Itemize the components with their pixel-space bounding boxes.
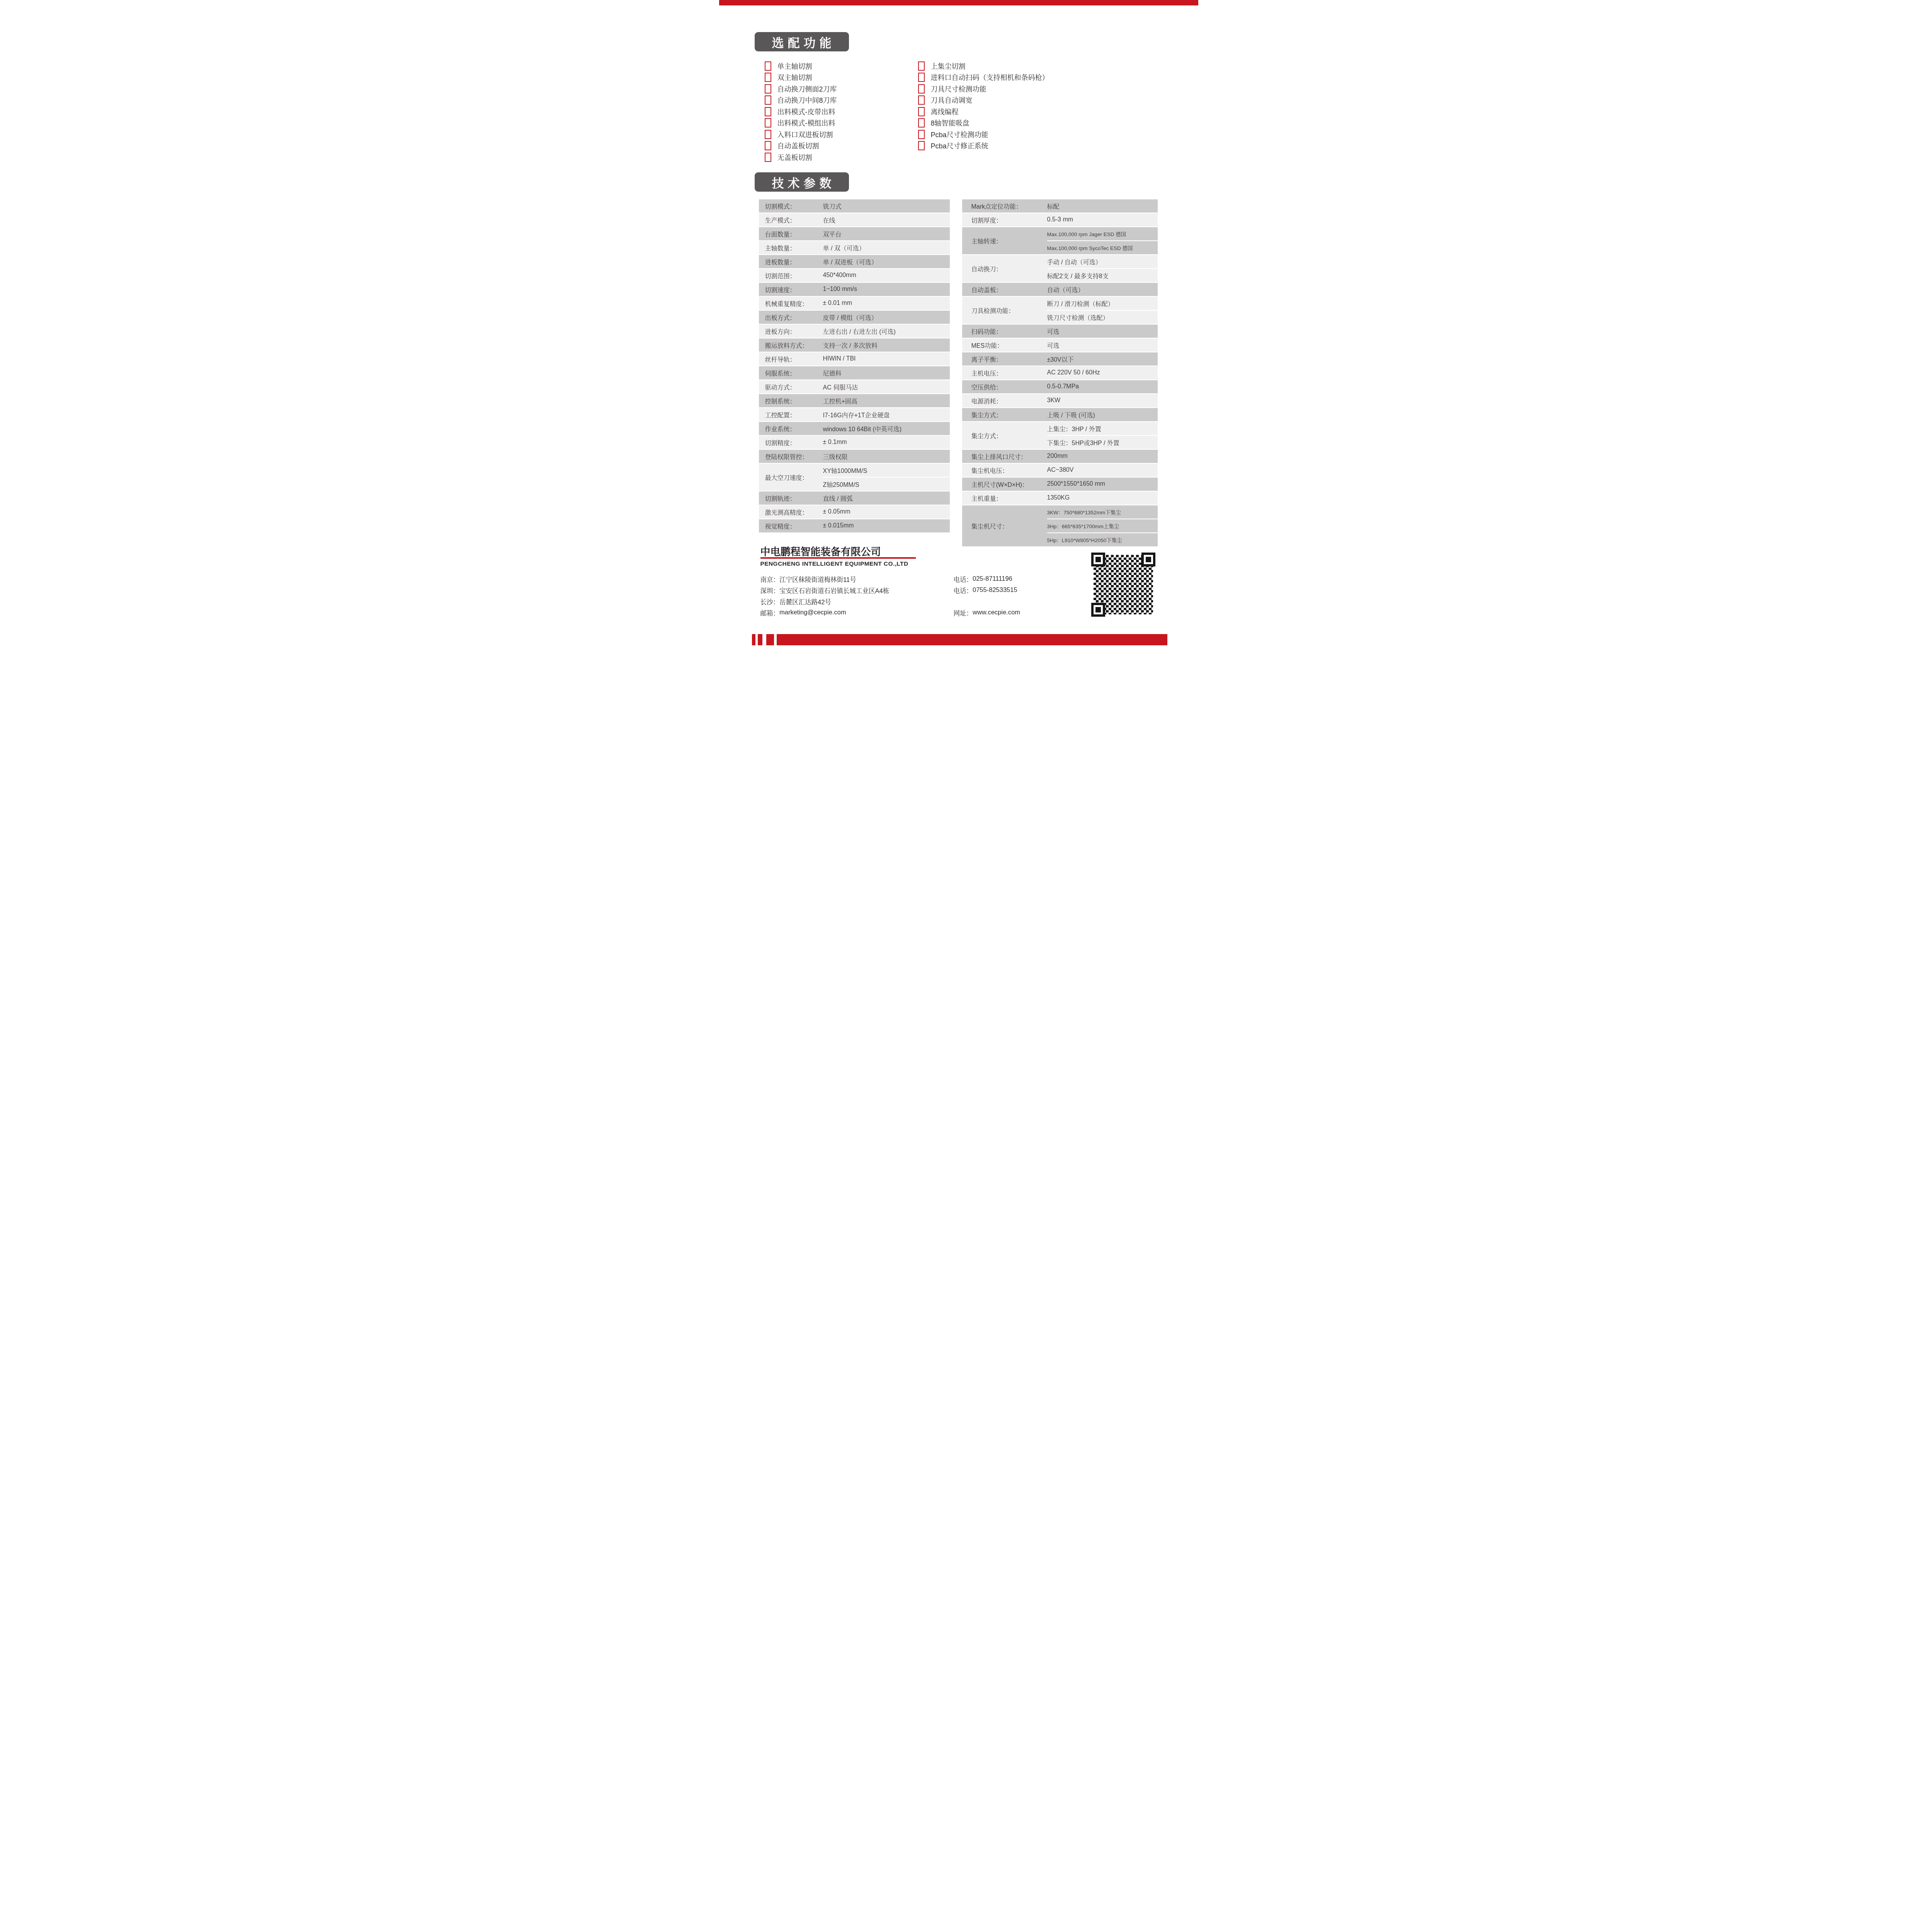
option-label: 入料口双进板切割 [777,129,833,139]
checkbox[interactable] [918,107,925,116]
spec-label: 切割精度： [759,436,823,449]
spec-label: 电源消耗： [962,394,1047,407]
option-label: 8轴智能吸盘 [931,118,970,128]
spec-row: Mark点定位功能：标配 [962,199,1158,213]
spec-value: 上集尘：3HP / 外置 [1047,422,1158,435]
spec-label: 丝杆导轨： [759,352,823,366]
option-item: 单主轴切割 [765,60,837,72]
qr-finder-top-left [1091,553,1105,566]
option-label: 刀具尺寸检测功能 [931,84,987,94]
spec-values: XY轴1000MM/SZ轴250MM/S [823,464,950,491]
spec-label: 切割模式： [759,199,823,213]
spec-values: AC 伺服马达 [823,380,950,393]
spec-label: 最大空刀速度： [759,464,823,491]
spec-values: 2500*1550*1650 mm [1047,478,1158,491]
spec-row: 扫码功能：可选 [962,325,1158,338]
spec-row: 驱动方式：AC 伺服马达 [759,380,950,394]
spec-row: 刀具检测功能：断刀 / 滑刀检测（标配）铣刀尺寸检测（选配） [962,297,1158,325]
spec-row: 激光测高精度：± 0.05mm [759,505,950,519]
footer-row: 邮箱：marketing@cecpie.com网址：www.cecpie.com [760,607,1093,618]
spec-value: AC~380V [1047,464,1158,477]
spec-value: 1~100 mm/s [823,283,950,296]
spec-values: windows 10 64Bit (中英可选) [823,422,950,435]
option-label: 双主轴切割 [777,72,812,82]
footer-address: 南京：江宁区秣陵街道梅林街11号 [760,575,954,584]
spec-value: 200mm [1047,450,1158,463]
spec-row: 主机重量：1350KG [962,492,1158,505]
spec-row: 主轴数量：单 / 双（可选） [759,241,950,255]
spec-value: 1350KG [1047,492,1158,505]
spec-label: 自动盖板： [962,283,1047,296]
checkbox[interactable] [765,153,771,162]
spec-value: 标配2支 / 最多支持8支 [1047,268,1158,282]
spec-value: AC 220V 50 / 60Hz [1047,366,1158,379]
qr-finder-top-right [1141,553,1155,566]
option-item: 8轴智能吸盘 [918,117,1049,129]
footer-contact-label: 电话： [954,575,973,584]
brochure-page: 选配功能 单主轴切割双主轴切割自动换刀侧面2刀库自动换刀中间8刀库出料模式-皮带… [719,0,1198,678]
spec-value: Z轴250MM/S [823,477,950,491]
spec-label: 切割范围： [759,269,823,282]
spec-label: 扫码功能： [962,325,1047,338]
spec-label: 机械重复精度： [759,297,823,310]
spec-label: 主轴数量： [759,241,823,254]
footer-address-value: 岳麓区汇达路42号 [779,597,831,606]
spec-values: ± 0.01 mm [823,297,950,310]
spec-label: 进板数量： [759,255,823,268]
spec-values: 在线 [823,213,950,226]
spec-label: 集尘上排风口尺寸： [962,450,1047,463]
spec-label: 切割速度： [759,283,823,296]
spec-values: 支持一次 / 多次放料 [823,338,950,352]
spec-values: 可选 [1047,338,1158,352]
spec-row: 主轴转速：Max.100,000 rpm Jager ESD 德国Max.100… [962,227,1158,255]
spec-values: 断刀 / 滑刀检测（标配）铣刀尺寸检测（选配） [1047,297,1158,324]
spec-values: 上集尘：3HP / 外置下集尘：5HP或3HP / 外置 [1047,422,1158,449]
spec-value: 0.5-0.7MPa [1047,380,1158,393]
option-item: 出料模式-模组出料 [765,117,837,129]
spec-values: 手动 / 自动（可选）标配2支 / 最多支持8支 [1047,255,1158,282]
option-label: 上集尘切割 [931,61,966,71]
spec-row: 电源消耗：3KW [962,394,1158,408]
footer-address: 长沙：岳麓区汇达路42号 [760,597,954,606]
spec-row: 伺服系统：尼德科 [759,366,950,380]
option-item: Pcba尺寸修正系统 [918,140,1049,152]
spec-row: 台面数量：双平台 [759,227,950,241]
spec-value: ± 0.015mm [823,519,950,532]
spec-row: 离子平衡：±30V以下 [962,352,1158,366]
email-link[interactable]: marketing@cecpie.com [779,609,846,616]
spec-row: 主机电压：AC 220V 50 / 60Hz [962,366,1158,380]
spec-label: 伺服系统： [759,366,823,379]
option-item: 进料口自动扫码（支持相机和条码枪） [918,72,1049,83]
spec-values: 尼德科 [823,366,950,379]
spec-value: 皮带 / 模组（可选） [823,311,950,324]
spec-value: ± 0.01 mm [823,297,950,310]
spec-value: windows 10 64Bit (中英可选) [823,422,950,435]
spec-value: 可选 [1047,325,1158,338]
footer-contact: 电话：0755-82533515 [954,586,1093,595]
spec-table-left: 切割模式：铣刀式生产模式：在线台面数量：双平台主轴数量：单 / 双（可选）进板数… [759,199,950,533]
spec-row: 控制系统：工控机+固高 [759,394,950,408]
qr-finder-bottom-left [1091,603,1105,617]
footer-row: 深圳：宝安区石岩街道石岩镇长城工业区A4栋电话：0755-82533515 [760,585,1093,596]
spec-row: 集尘上排风口尺寸：200mm [962,450,1158,464]
top-red-bar [719,0,1198,5]
option-item: 出料模式-皮带出料 [765,106,837,117]
spec-value: 三级权限 [823,450,950,463]
spec-row: 进板数量：单 / 双进板（可选） [759,255,950,269]
spec-values: 单 / 双（可选） [823,241,950,254]
option-label: 无盖板切割 [777,152,812,162]
spec-row: 集尘方式：上集尘：3HP / 外置下集尘：5HP或3HP / 外置 [962,422,1158,450]
option-label: 进料口自动扫码（支持相机和条码枪） [931,72,1049,82]
spec-value: 断刀 / 滑刀检测（标配） [1047,297,1158,310]
spec-label: 视觉精度： [759,519,823,532]
spec-values: AC 220V 50 / 60Hz [1047,366,1158,379]
option-label: 刀具自动调宽 [931,95,973,105]
spec-label: 主机尺寸(W×D×H)： [962,478,1047,491]
spec-values: 标配 [1047,199,1158,213]
spec-label: 驱动方式： [759,380,823,393]
spec-label: 台面数量： [759,227,823,240]
footer-red-square-2 [758,634,762,645]
spec-row: 登陆权限管控：三级权限 [759,450,950,464]
spec-label: 进板方向： [759,325,823,338]
spec-row: 切割轨迹：直线 / 圆弧 [759,492,950,505]
spec-value: 3KW [1047,394,1158,407]
spec-values: 200mm [1047,450,1158,463]
spec-values: 双平台 [823,227,950,240]
spec-label: 登陆权限管控： [759,450,823,463]
footer-contact-label: 网址： [954,608,973,617]
checkbox[interactable] [765,84,771,94]
spec-values: 1350KG [1047,492,1158,505]
checkbox[interactable] [918,141,925,150]
spec-label: 主机电压： [962,366,1047,379]
spec-row: 机械重复精度：± 0.01 mm [759,297,950,311]
footer-address-value: 江宁区秣陵街道梅林街11号 [779,575,856,584]
option-item: 刀具尺寸检测功能 [918,83,1049,95]
spec-table-right: Mark点定位功能：标配切割厚度：0.5-3 mm主轴转速：Max.100,00… [962,199,1158,547]
checkbox[interactable] [918,118,925,128]
footer-red-square-3 [766,634,774,645]
checkbox[interactable] [918,61,925,71]
spec-row: 切割速度：1~100 mm/s [759,283,950,297]
spec-values: 单 / 双进板（可选） [823,255,950,268]
spec-values: AC~380V [1047,464,1158,477]
spec-value: 5Hp：L910*W805*H2050下集尘 [1047,532,1158,546]
option-label: 出料模式-皮带出料 [777,107,835,117]
spec-value: ± 0.1mm [823,436,950,449]
spec-value: 下集尘：5HP或3HP / 外置 [1047,435,1158,449]
spec-values: 1~100 mm/s [823,283,950,296]
spec-label: 出板方式： [759,311,823,324]
optional-features-list-right: 上集尘切割进料口自动扫码（支持相机和条码枪）刀具尺寸检测功能刀具自动调宽离线编程… [918,60,1049,151]
spec-row: 切割厚度：0.5-3 mm [962,213,1158,227]
option-label: 自动换刀中间8刀库 [777,95,837,105]
checkbox[interactable] [918,84,925,94]
footer-address: 深圳：宝安区石岩街道石岩镇长城工业区A4栋 [760,586,954,595]
spec-values: 上吸 / 下吸 (可选) [1047,408,1158,421]
spec-value: 2500*1550*1650 mm [1047,478,1158,491]
spec-values: ± 0.015mm [823,519,950,532]
website-link[interactable]: www.cecpie.com [973,609,1020,616]
checkbox[interactable] [918,95,925,105]
option-label: 离线编程 [931,107,959,117]
spec-values: 皮带 / 模组（可选） [823,311,950,324]
spec-label: 搬运放料方式： [759,338,823,352]
spec-values: 3KW [1047,394,1158,407]
phone-number: 0755-82533515 [973,587,1017,594]
spec-values: 工控机+固高 [823,394,950,407]
optional-features-list-left: 单主轴切割双主轴切割自动换刀侧面2刀库自动换刀中间8刀库出料模式-皮带出料出料模… [765,60,837,163]
checkbox[interactable] [765,61,771,71]
checkbox[interactable] [765,107,771,116]
option-item: 自动盖板切割 [765,140,837,152]
footer-address-label: 深圳： [760,586,780,595]
spec-values: 0.5-3 mm [1047,213,1158,226]
spec-label: 自动换刀： [962,255,1047,282]
spec-label: 集尘方式： [962,408,1047,421]
spec-row: 作业系统：windows 10 64Bit (中英可选) [759,422,950,436]
spec-value: HIWIN / TBI [823,352,950,366]
spec-value: 左进右出 / 右进左出 (可选) [823,325,950,338]
spec-row: 工控配置：I7-16G内存+1T企业硬盘 [759,408,950,422]
spec-value: AC 伺服马达 [823,380,950,393]
spec-value: 直线 / 圆弧 [823,492,950,505]
spec-label: 集尘方式： [962,422,1047,449]
spec-label: Mark点定位功能： [962,199,1047,213]
spec-label: 作业系统： [759,422,823,435]
spec-label: 控制系统： [759,394,823,407]
spec-row: 切割模式：铣刀式 [759,199,950,213]
spec-label: 空压供给： [962,380,1047,393]
option-label: Pcba尺寸修正系统 [931,141,988,151]
spec-row: 集尘机尺寸：3KW：750*680*1352mm下集尘3Hp：665*635*1… [962,505,1158,547]
spec-value: 0.5-3 mm [1047,213,1158,226]
spec-value: 手动 / 自动（可选） [1047,255,1158,268]
spec-value: 3KW：750*680*1352mm下集尘 [1047,505,1158,519]
spec-value: 在线 [823,213,950,226]
spec-values: 铣刀式 [823,199,950,213]
spec-value: 工控机+固高 [823,394,950,407]
option-label: 自动换刀侧面2刀库 [777,84,837,94]
spec-values: 左进右出 / 右进左出 (可选) [823,325,950,338]
option-item: 双主轴切割 [765,72,837,83]
spec-values: I7-16G内存+1T企业硬盘 [823,408,950,421]
company-name-en: PENGCHENG INTELLIGENT EQUIPMENT CO.,LTD [760,561,908,568]
spec-row: 生产模式：在线 [759,213,950,227]
option-item: 离线编程 [918,106,1049,117]
company-name-underline [760,557,916,559]
spec-values: ± 0.1mm [823,436,950,449]
spec-row: 主机尺寸(W×D×H)：2500*1550*1650 mm [962,478,1158,492]
spec-value: 450*400mm [823,269,950,282]
option-label: 单主轴切割 [777,61,812,71]
spec-value: 自动（可选） [1047,283,1158,296]
option-label: 自动盖板切割 [777,141,819,151]
spec-row: 切割精度：± 0.1mm [759,436,950,450]
footer-address-value: 宝安区石岩街道石岩镇长城工业区A4栋 [779,586,889,595]
spec-row: 视觉精度：± 0.015mm [759,519,950,533]
checkbox[interactable] [918,73,925,82]
spec-values: 0.5-0.7MPa [1047,380,1158,393]
spec-values: ± 0.05mm [823,505,950,519]
option-item: 上集尘切割 [918,60,1049,72]
spec-values: 可选 [1047,325,1158,338]
spec-row: 切割范围：450*400mm [759,269,950,283]
spec-value: XY轴1000MM/S [823,464,950,477]
footer-contact: 电话：025-87111196 [954,575,1093,584]
spec-row: 自动盖板：自动（可选） [962,283,1158,297]
spec-label: MES功能： [962,338,1047,352]
optional-features-header: 选配功能 [755,32,849,51]
checkbox[interactable] [765,130,771,139]
checkbox[interactable] [765,141,771,150]
spec-value: 铣刀尺寸检测（选配） [1047,310,1158,324]
spec-label: 激光测高精度： [759,505,823,519]
phone-number: 025-87111196 [973,575,1012,583]
footer-contact: 网址：www.cecpie.com [954,608,1093,617]
option-item: 无盖板切割 [765,151,837,163]
spec-values: HIWIN / TBI [823,352,950,366]
spec-label: 工控配置： [759,408,823,421]
spec-row: 出板方式：皮带 / 模组（可选） [759,311,950,325]
option-item: 自动换刀中间8刀库 [765,95,837,106]
spec-row: MES功能：可选 [962,338,1158,352]
spec-value: 上吸 / 下吸 (可选) [1047,408,1158,421]
spec-values: 3KW：750*680*1352mm下集尘3Hp：665*635*1700mm上… [1047,505,1158,546]
spec-label: 生产模式： [759,213,823,226]
spec-values: 自动（可选） [1047,283,1158,296]
spec-row: 集尘方式：上吸 / 下吸 (可选) [962,408,1158,422]
spec-label: 集尘机电压： [962,464,1047,477]
spec-values: 三级权限 [823,450,950,463]
spec-value: Max.100,000 rpm SycoTec ESD 德国 [1047,240,1158,254]
option-item: 入料口双进板切割 [765,129,837,140]
company-name-cn: 中电鹏程智能装备有限公司 [760,544,881,558]
checkbox[interactable] [765,95,771,105]
spec-row: 进板方向：左进右出 / 右进左出 (可选) [759,325,950,338]
option-item: 刀具自动调宽 [918,95,1049,106]
spec-value: 铣刀式 [823,199,950,213]
spec-value: Max.100,000 rpm Jager ESD 德国 [1047,227,1158,240]
spec-label: 主机重量： [962,492,1047,505]
spec-label: 切割轨迹： [759,492,823,505]
spec-row: 空压供给：0.5-0.7MPa [962,380,1158,394]
footer-address-label: 邮箱： [760,608,780,617]
option-item: 自动换刀侧面2刀库 [765,83,837,95]
spec-values: 450*400mm [823,269,950,282]
spec-value: I7-16G内存+1T企业硬盘 [823,408,950,421]
checkbox[interactable] [918,130,925,139]
spec-value: ±30V以下 [1047,352,1158,366]
spec-row: 最大空刀速度：XY轴1000MM/SZ轴250MM/S [759,464,950,492]
option-label: Pcba尺寸检测功能 [931,129,988,139]
footer-row: 长沙：岳麓区汇达路42号 [760,596,1093,607]
tech-params-header: 技术参数 [755,172,849,192]
footer-address-label: 长沙： [760,597,780,606]
spec-values: Max.100,000 rpm Jager ESD 德国Max.100,000 … [1047,227,1158,254]
footer-contact-label: 电话： [954,586,973,595]
spec-value: 单 / 双进板（可选） [823,255,950,268]
spec-row: 丝杆导轨：HIWIN / TBI [759,352,950,366]
footer-contact-block: 南京：江宁区秣陵街道梅林街11号电话：025-87111196深圳：宝安区石岩街… [760,573,1093,618]
spec-value: 单 / 双（可选） [823,241,950,254]
spec-value: ± 0.05mm [823,505,950,519]
spec-value: 双平台 [823,227,950,240]
spec-row: 搬运放料方式：支持一次 / 多次放料 [759,338,950,352]
spec-values: 直线 / 圆弧 [823,492,950,505]
spec-value: 支持一次 / 多次放料 [823,338,950,352]
footer-row: 南京：江宁区秣陵街道梅林街11号电话：025-87111196 [760,573,1093,585]
checkbox[interactable] [765,118,771,128]
qr-code [1091,553,1155,617]
spec-value: 标配 [1047,199,1158,213]
footer-red-bar [777,634,1167,645]
spec-row: 集尘机电压：AC~380V [962,464,1158,478]
spec-value: 3Hp：665*635*1700mm上集尘 [1047,519,1158,532]
spec-value: 尼德科 [823,366,950,379]
spec-label: 集尘机尺寸： [962,505,1047,546]
spec-value: 可选 [1047,338,1158,352]
spec-values: ±30V以下 [1047,352,1158,366]
spec-label: 刀具检测功能： [962,297,1047,324]
footer-address: 邮箱：marketing@cecpie.com [760,608,954,617]
option-item: Pcba尺寸检测功能 [918,129,1049,140]
footer-red-square-1 [752,634,755,645]
spec-row: 自动换刀：手动 / 自动（可选）标配2支 / 最多支持8支 [962,255,1158,283]
spec-label: 切割厚度： [962,213,1047,226]
spec-label: 主轴转速： [962,227,1047,254]
spec-label: 离子平衡： [962,352,1047,366]
footer-address-label: 南京： [760,575,780,584]
checkbox[interactable] [765,73,771,82]
option-label: 出料模式-模组出料 [777,118,835,128]
